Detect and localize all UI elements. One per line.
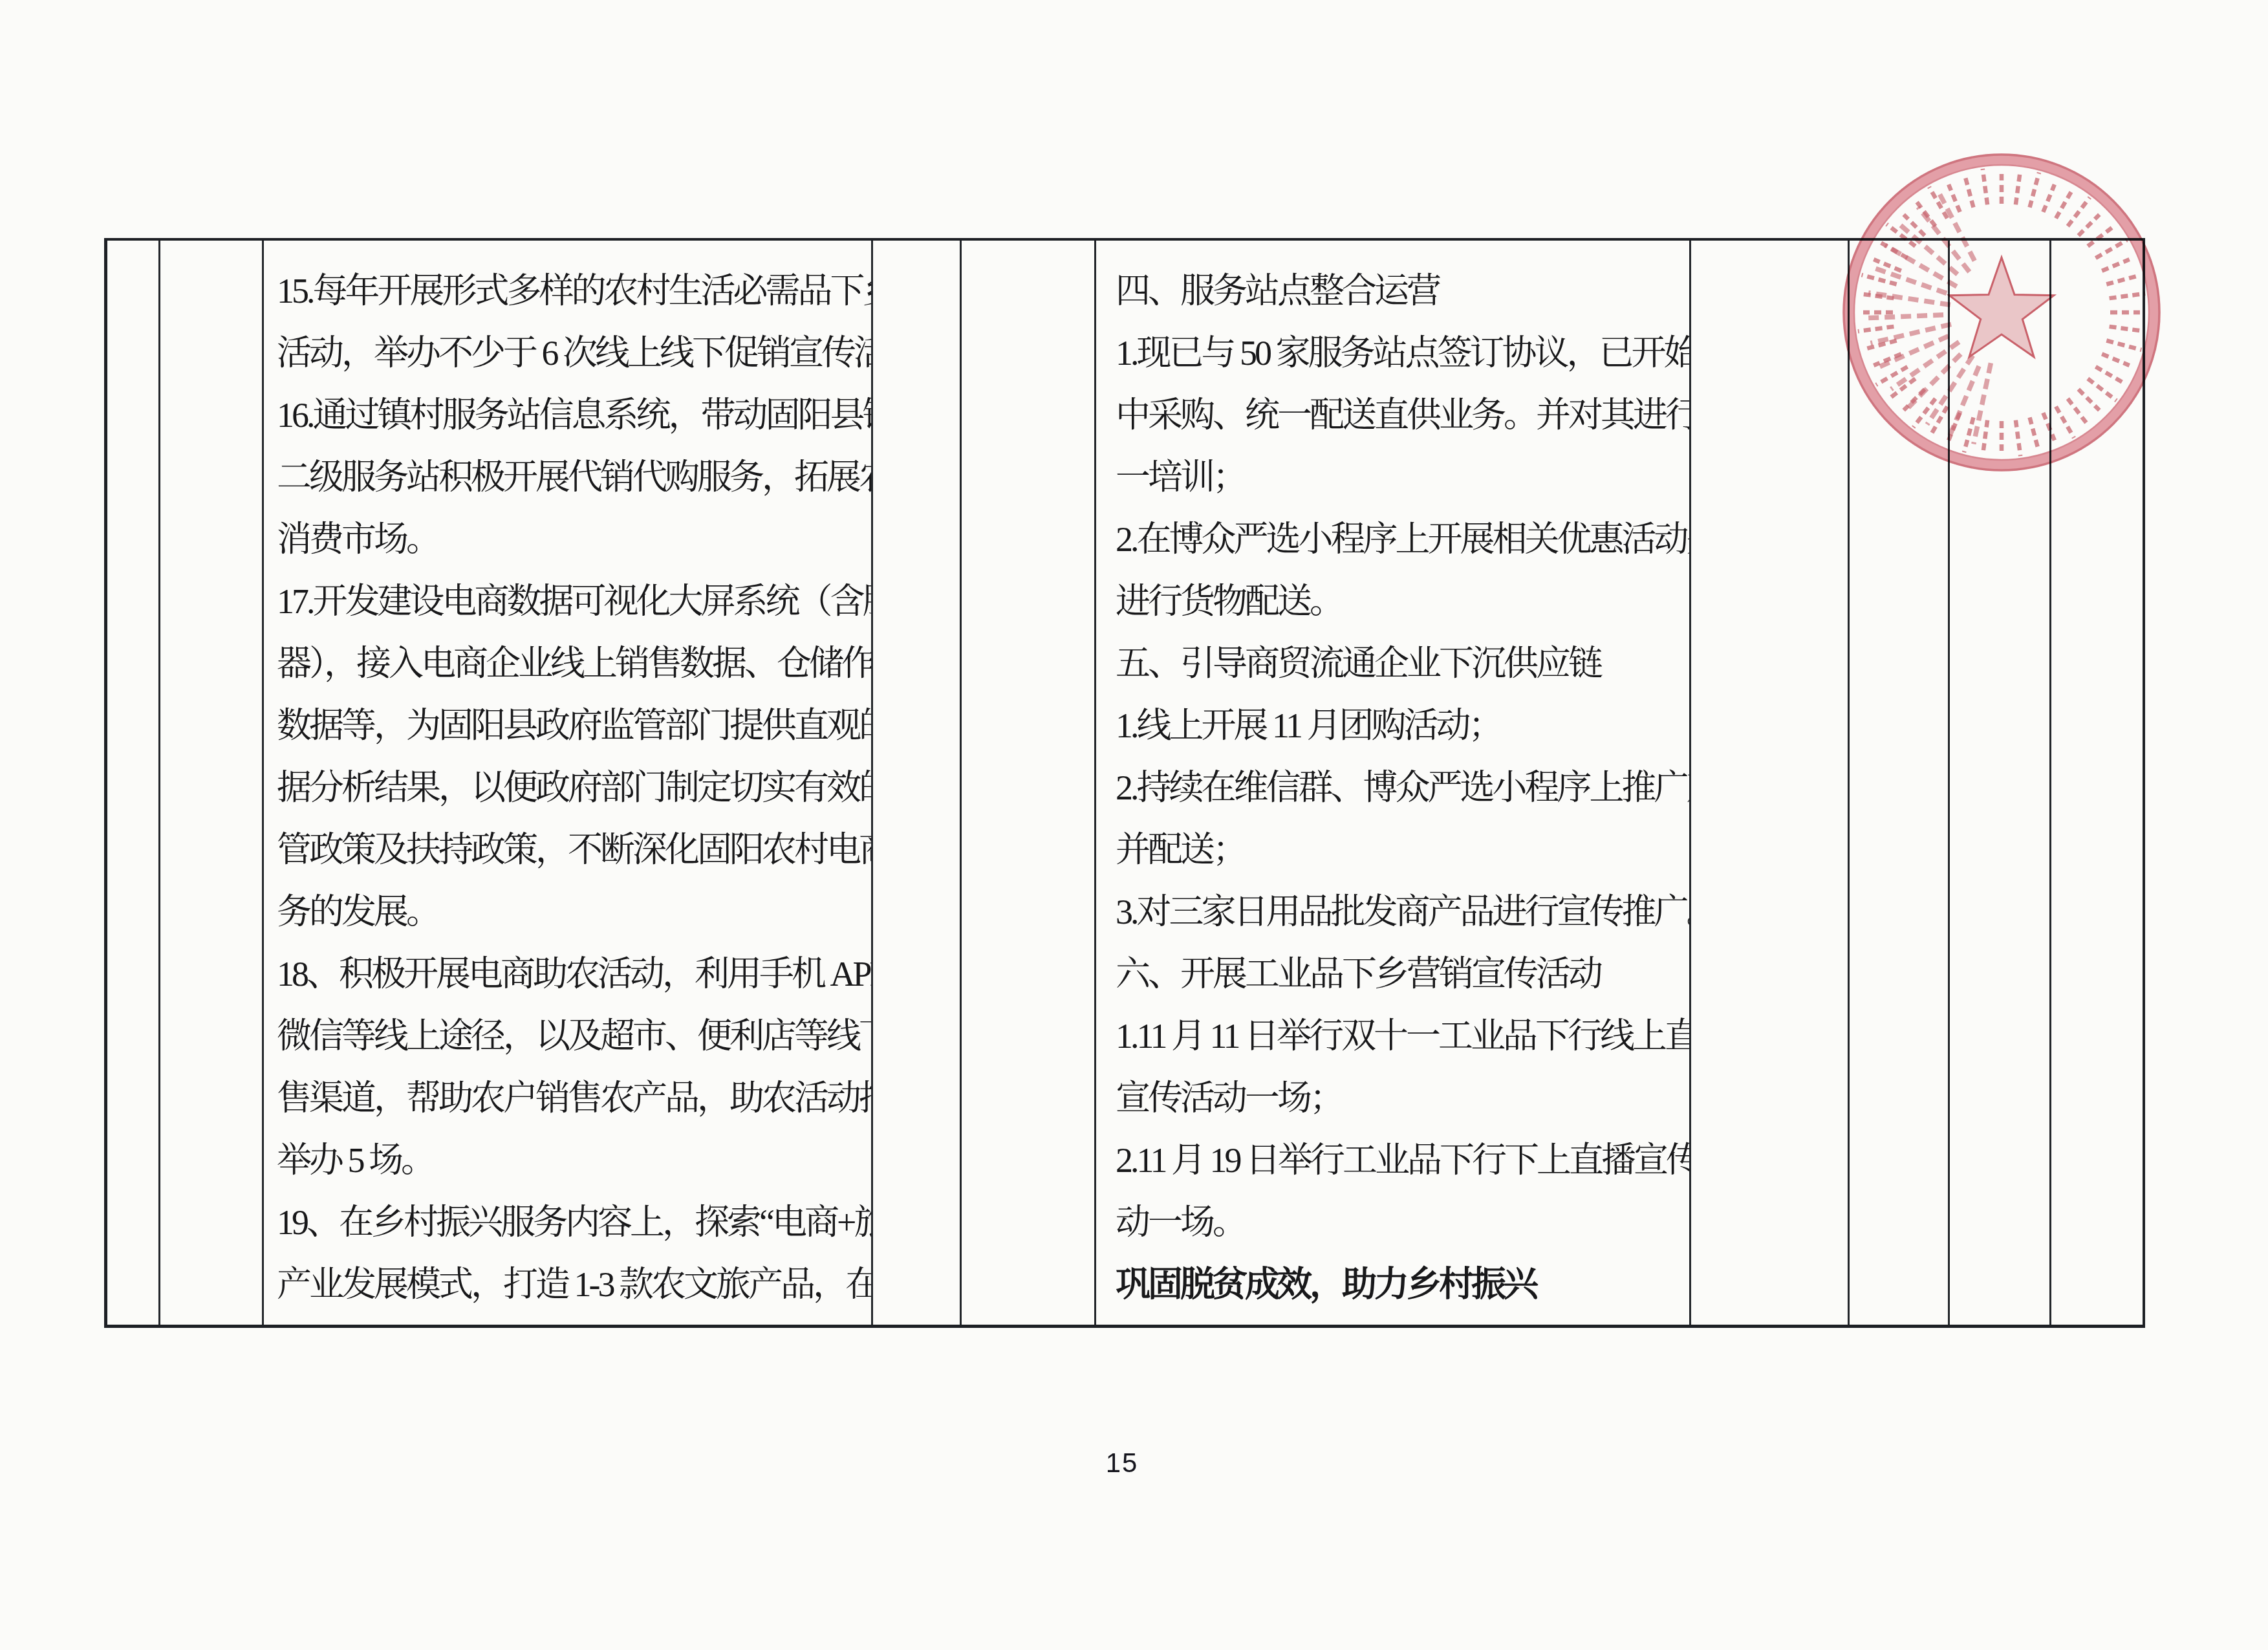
table-cell-empty-1	[107, 241, 160, 1325]
text-line: 1.线上开展 11 月团购活动；	[1116, 695, 1687, 757]
text-line: 2.持续在维信群、博众严选小程序上推广产品	[1116, 757, 1687, 819]
text-line: 据分析结果，以便政府部门制定切实有效的监	[277, 757, 869, 819]
table-cell-tasks-left: 15.每年开展形式多样的农村生活必需品下乡活动，举办不少于 6 次线上线下促销宣…	[264, 241, 873, 1325]
text-line: 举办 5 场。	[277, 1129, 869, 1191]
text-line: 二级服务站积极开展代销代购服务，拓展农村	[277, 446, 869, 508]
text-line: 活动，举办不少于 6 次线上线下促销宣传活动。	[277, 322, 869, 384]
text-line: 产业发展模式，打造 1-3 款农文旅产品，在线	[277, 1254, 869, 1316]
text-line: 器），接入电商企业线上销售数据、仓储作业	[277, 633, 869, 695]
text-line: 17.开发建设电商数据可视化大屏系统（含服务	[277, 570, 869, 633]
text-line: 进行货物配送。	[1116, 570, 1687, 633]
text-line: 并配送；	[1116, 819, 1687, 881]
text-line: 六、开展工业品下乡营销宣传活动	[1116, 943, 1687, 1005]
text-line: 四、服务站点整合运营	[1116, 260, 1687, 322]
scanned-document-page: 15.每年开展形式多样的农村生活必需品下乡活动，举办不少于 6 次线上线下促销宣…	[0, 0, 2268, 1650]
text-line: 16.通过镇村服务站信息系统，带动固阳县镇村	[277, 384, 869, 446]
text-line: 管政策及扶持政策，不断深化固阳农村电商业	[277, 819, 869, 881]
text-line: 动一场。	[1116, 1191, 1687, 1254]
text-line: 2.11 月 19 日举行工业品下行下上直播宣传活	[1116, 1129, 1687, 1191]
text-line: 15.每年开展形式多样的农村生活必需品下乡	[277, 260, 869, 322]
text-line: 五、引导商贸流通企业下沉供应链	[1116, 633, 1687, 695]
text-line: 2.在博众严选小程序上开展相关优惠活动并	[1116, 508, 1687, 570]
table-cell-empty-3	[873, 241, 962, 1325]
text-line: 1.现已与 50 家服务站点签订协议，已开始集	[1116, 322, 1687, 384]
table-cell-empty-2	[160, 241, 264, 1325]
text-line: 消费市场。	[277, 508, 869, 570]
text-line: 售渠道，帮助农户销售农产品，助农活动持续	[277, 1067, 869, 1129]
text-line: 巩固脱贫成效，助力乡村振兴	[1116, 1254, 1687, 1316]
text-line: 一培训；	[1116, 446, 1687, 508]
page-number: 15	[1067, 1448, 1177, 1479]
text-line: 19、在乡村振兴服务内容上，探索“电商+旅游”	[277, 1191, 869, 1254]
company-seal-stamp	[1833, 144, 2170, 481]
table-cell-progress-right: 四、服务站点整合运营1.现已与 50 家服务站点签订协议，已开始集中采购、统一配…	[1096, 241, 1691, 1325]
text-line: 中采购、统一配送直供业务。并对其进行一对	[1116, 384, 1687, 446]
text-line: 1.11 月 11 日举行双十一工业品下行线上直播	[1116, 1005, 1687, 1067]
table-cell-empty-4	[962, 241, 1096, 1325]
text-line: 宣传活动一场；	[1116, 1067, 1687, 1129]
text-line: 数据等，为固阳县政府监管部门提供直观的数	[277, 695, 869, 757]
table-cell-empty-5	[1691, 241, 1850, 1325]
star-icon	[1949, 257, 2054, 357]
text-line: 务的发展。	[277, 881, 869, 943]
text-line: 3.对三家日用品批发商产品进行宣传推广。	[1116, 881, 1687, 943]
text-line: 微信等线上途径，以及超市、便利店等线下销	[277, 1005, 869, 1067]
text-line: 18、积极开展电商助农活动，利用手机 APP、	[277, 943, 869, 1005]
